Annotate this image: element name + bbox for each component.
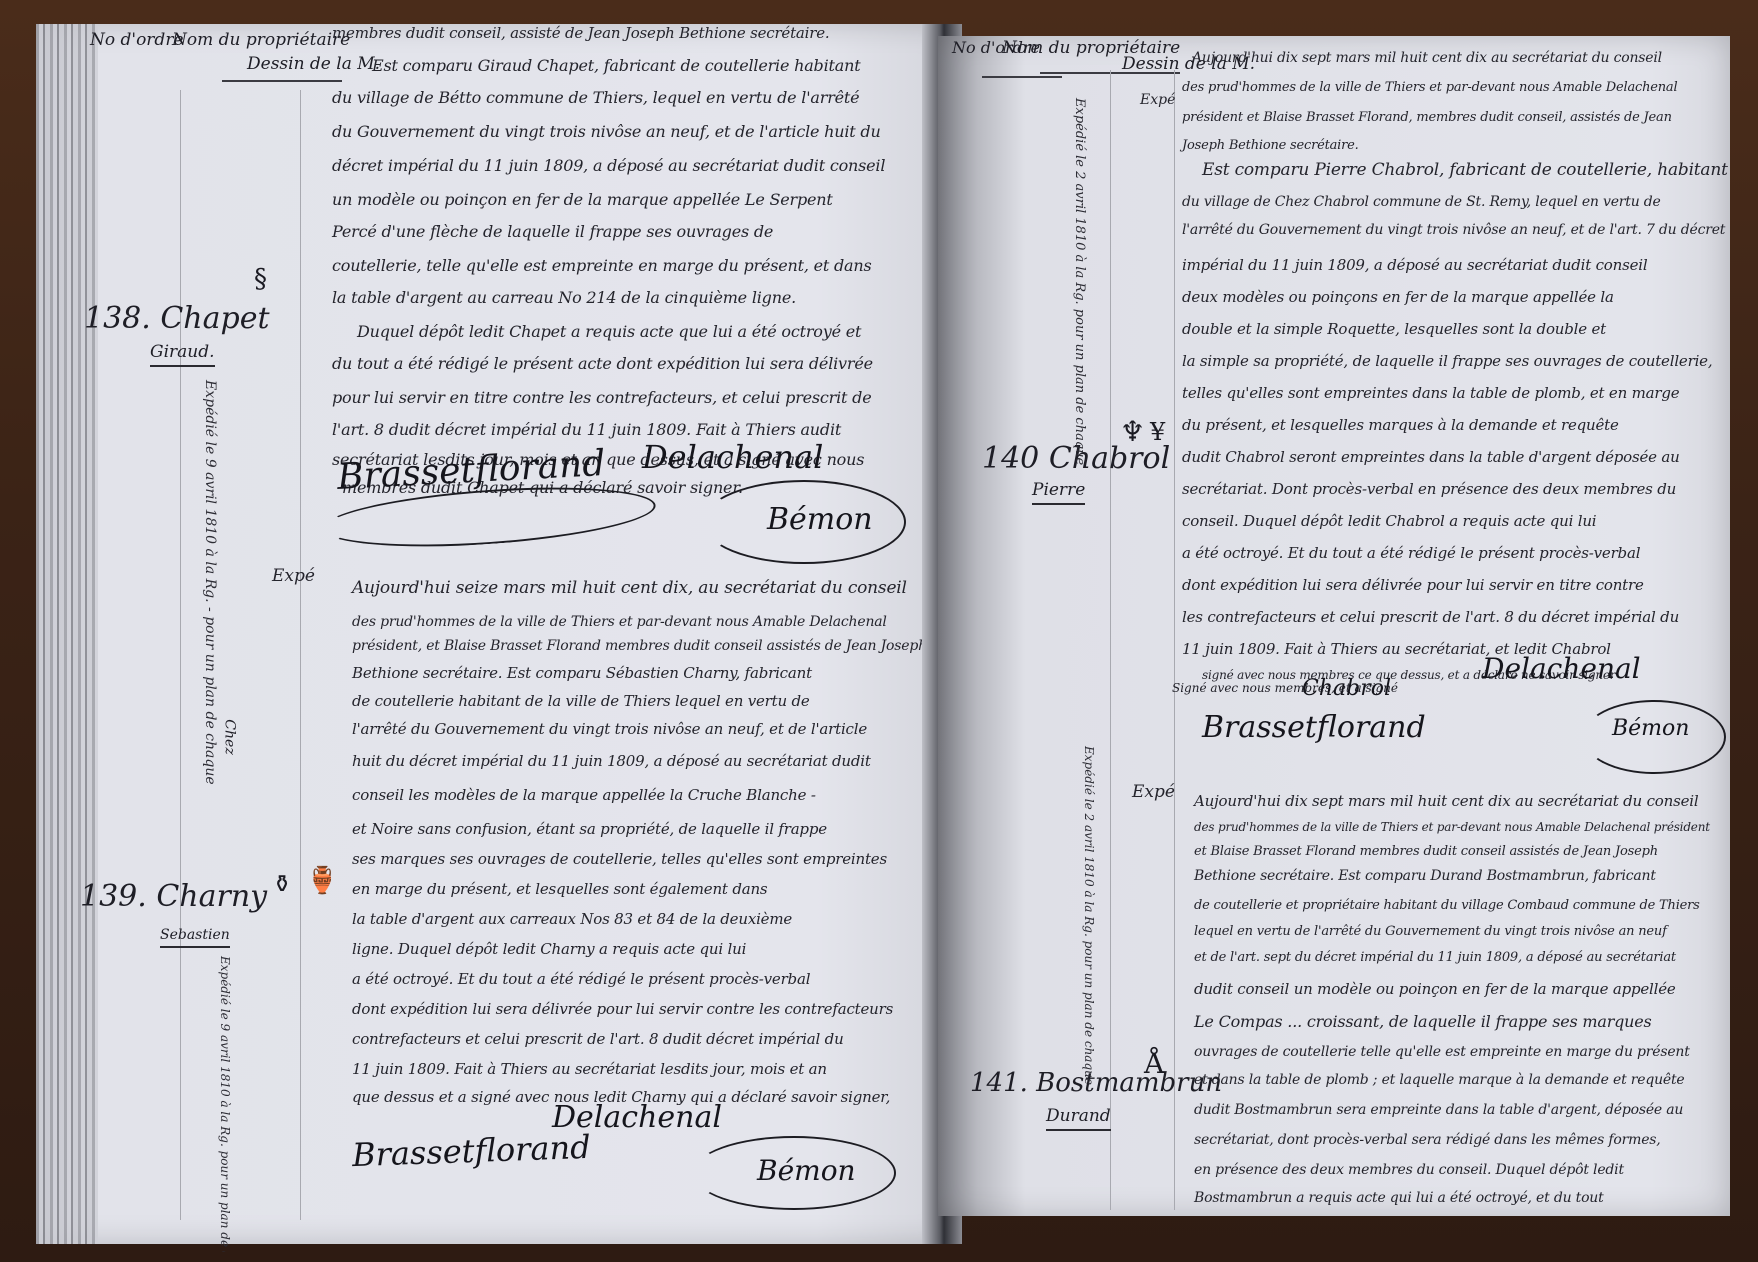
left-header-numero: No d'ordre bbox=[90, 32, 184, 49]
text-line: ouvrages de coutellerie telle qu'elle es… bbox=[1194, 1044, 1690, 1060]
signature-brassetflorand: Brassetflorand bbox=[1202, 710, 1426, 745]
expe-label: Expé bbox=[1140, 92, 1175, 108]
text-line: Bostmambrun a requis acte qui lui a été … bbox=[1194, 1190, 1604, 1206]
signature-flourish bbox=[692, 1136, 896, 1210]
ledger-photo: No d'ordre Nom du propriétaire Dessin de… bbox=[22, 10, 1740, 1252]
text-line: Est comparu Pierre Chabrol, fabricant de… bbox=[1202, 160, 1728, 180]
white-jug-mark-icon: ⚱ bbox=[272, 872, 292, 896]
entry-139-name: 139. Charny bbox=[80, 882, 267, 912]
text-line: de coutellerie et propriétaire habitant … bbox=[1194, 898, 1700, 913]
text-line: dont expédition lui sera délivrée pour l… bbox=[1182, 576, 1644, 594]
text-line: Aujourd'hui dix sept mars mil huit cent … bbox=[1192, 50, 1662, 66]
entry-141-forename: Durand bbox=[1046, 1108, 1111, 1131]
text-line: la simple sa propriété, de laquelle il f… bbox=[1182, 352, 1712, 370]
header-rule bbox=[1120, 72, 1180, 74]
entry-139-forename: Sebastien bbox=[160, 928, 230, 948]
text-line: lequel en vertu de l'arrêté du Gouvernem… bbox=[1194, 924, 1667, 939]
signature-delachenal: Delachenal bbox=[1482, 652, 1641, 685]
text-line: Bethione secrétaire. Est comparu Sébasti… bbox=[352, 664, 812, 682]
text-line: secrétariat. Dont procès-verbal en prése… bbox=[1182, 480, 1676, 498]
text-line: l'arrêté du Gouvernement du vingt trois … bbox=[1182, 222, 1725, 238]
text-line: Percé d'une flèche de laquelle il frappe… bbox=[332, 222, 773, 241]
text-line: un modèle ou poinçon en fer de la marque… bbox=[332, 190, 833, 209]
entry-number: 139. bbox=[80, 879, 147, 914]
compass-crescent-mark-icon: Å bbox=[1144, 1050, 1164, 1078]
text-line: en présence des deux membres du conseil.… bbox=[1194, 1162, 1624, 1178]
signature-delachenal: Delachenal bbox=[552, 1100, 722, 1135]
right-margin-rule bbox=[1110, 70, 1111, 1210]
double-roquette-mark-icon: ♆ bbox=[1120, 418, 1145, 446]
entry-140-forename: Pierre bbox=[1032, 482, 1085, 505]
text-line: membres dudit conseil, assisté de Jean J… bbox=[332, 24, 830, 42]
right-text-margin-rule bbox=[1174, 70, 1175, 1210]
left-header-nom: Nom du propriétaire bbox=[172, 32, 350, 49]
entry-138-forename: Giraud. bbox=[150, 344, 215, 367]
text-line: et Noire sans confusion, étant sa propri… bbox=[352, 820, 827, 838]
text-line: du village de Bétto commune de Thiers, l… bbox=[332, 88, 859, 107]
text-line: du village de Chez Chabrol commune de St… bbox=[1182, 194, 1661, 210]
text-line: la table d'argent aux carreaux Nos 83 et… bbox=[352, 910, 792, 928]
text-line: telles qu'elles sont empreintes dans la … bbox=[1182, 384, 1679, 402]
text-line: deux modèles ou poinçons en fer de la ma… bbox=[1182, 288, 1614, 306]
entry-surname: Charny bbox=[156, 879, 267, 914]
header-rule bbox=[982, 76, 1062, 78]
entry-number: 138. bbox=[84, 301, 151, 336]
entry-surname: Chapet bbox=[160, 301, 269, 336]
simple-roquette-mark-icon: ¥ bbox=[1150, 420, 1165, 444]
signature-flourish bbox=[702, 480, 906, 564]
text-line: ses marques ses ouvrages de coutellerie,… bbox=[352, 850, 887, 868]
entry-141-name: 141. Bostmambrun bbox=[970, 1070, 1222, 1096]
text-line: la table d'argent au carreau No 214 de l… bbox=[332, 288, 796, 307]
left-header-dessin: Dessin de la M. bbox=[247, 56, 380, 73]
text-line: 11 juin 1809. Fait à Thiers au secrétari… bbox=[352, 1060, 827, 1078]
text-line: Joseph Bethione secrétaire. bbox=[1182, 138, 1359, 153]
text-line: de coutellerie habitant de la ville de T… bbox=[352, 692, 810, 710]
text-line: en marge du présent, et lesquelles sont … bbox=[352, 880, 767, 898]
text-line: les contrefacteurs et celui prescrit de … bbox=[1182, 608, 1679, 626]
text-line: secrétariat, dont procès-verbal sera réd… bbox=[1194, 1132, 1661, 1148]
text-line: l'arrêté du Gouvernement du vingt trois … bbox=[352, 720, 867, 738]
text-line: dont expédition lui sera délivrée pour l… bbox=[352, 1000, 893, 1018]
left-name-column-rule bbox=[180, 90, 181, 1220]
text-line: et de l'art. sept du décret impérial du … bbox=[1194, 950, 1676, 965]
text-line: et Blaise Brasset Florand membres dudit … bbox=[1194, 844, 1658, 859]
signature-delachenal: Delachenal bbox=[642, 438, 823, 476]
text-line: a été octroyé. Et du tout a été rédigé l… bbox=[1182, 544, 1640, 562]
entry-139-margin-note: Expédié le 9 avril 1810 à la Rg. pour un… bbox=[218, 956, 232, 1176]
text-line: Le Compas ... croissant, de laquelle il … bbox=[1194, 1012, 1652, 1031]
entry-141-margin-note: Expédié le 2 avril 1810 à la Rg. pour un… bbox=[1082, 746, 1096, 1046]
left-binding-edge bbox=[36, 24, 98, 1244]
left-margin-rule bbox=[300, 90, 301, 1220]
text-line: des prud'hommes de la ville de Thiers et… bbox=[352, 614, 887, 630]
text-line: Aujourd'hui dix sept mars mil huit cent … bbox=[1194, 792, 1698, 810]
text-line: président, et Blaise Brasset Florand mem… bbox=[352, 638, 927, 654]
entry-surname: Bostmambrun bbox=[1036, 1068, 1222, 1098]
text-line: et dans la table de plomb ; et laquelle … bbox=[1194, 1072, 1685, 1088]
header-rule bbox=[222, 80, 342, 82]
text-line: dudit Chabrol seront empreintes dans la … bbox=[1182, 448, 1680, 466]
entry-surname: Chabrol bbox=[1049, 441, 1170, 476]
text-line: des prud'hommes de la ville de Thiers et… bbox=[1182, 80, 1677, 95]
text-line: conseil. Duquel dépôt ledit Chabrol a re… bbox=[1182, 512, 1596, 530]
black-jug-mark-icon: 🏺 bbox=[306, 868, 338, 894]
text-line: président et Blaise Brasset Florand, mem… bbox=[1182, 110, 1672, 125]
right-page bbox=[938, 36, 1730, 1216]
entry-138-name: 138. Chapet bbox=[84, 304, 270, 334]
text-line: coutellerie, telle qu'elle est empreinte… bbox=[332, 256, 871, 275]
text-line: décret impérial du 11 juin 1809, a dépos… bbox=[332, 156, 885, 175]
text-line: Bethione secrétaire. Est comparu Durand … bbox=[1194, 868, 1656, 884]
text-line: Est comparu Giraud Chapet, fabricant de … bbox=[372, 56, 860, 75]
entry-138-margin-initial: Chez bbox=[223, 719, 237, 754]
text-line: dudit Bostmambrun sera empreinte dans la… bbox=[1194, 1102, 1683, 1118]
text-line: Duquel dépôt ledit Chapet a requis acte … bbox=[357, 322, 861, 341]
entry-140-margin-note: Expédié le 2 avril 1810 à la Rg. pour un… bbox=[1072, 98, 1087, 398]
text-line: du présent, et lesquelles marques à la d… bbox=[1182, 416, 1619, 434]
text-line: l'art. 8 dudit décret impérial du 11 jui… bbox=[332, 420, 841, 439]
text-line: double et la simple Roquette, lesquelles… bbox=[1182, 320, 1606, 338]
text-line: conseil les modèles de la marque appellé… bbox=[352, 786, 816, 804]
text-line: du tout a été rédigé le présent acte don… bbox=[332, 354, 873, 373]
expe-label: Expé bbox=[1132, 782, 1175, 802]
serpent-arrow-mark-icon: § bbox=[254, 266, 267, 292]
text-line: impérial du 11 juin 1809, a déposé au se… bbox=[1182, 256, 1647, 274]
signature-flourish bbox=[1582, 700, 1726, 774]
text-line: Aujourd'hui seize mars mil huit cent dix… bbox=[352, 578, 907, 598]
text-line: ligne. Duquel dépôt ledit Charny a requi… bbox=[352, 940, 746, 958]
text-line: contrefacteurs et celui prescrit de l'ar… bbox=[352, 1030, 844, 1048]
expe-label: Expé bbox=[272, 566, 315, 586]
entry-138-margin-note: Expédié le 9 avril 1810 à la Rg. - pour … bbox=[202, 380, 218, 800]
entry-number: 141. bbox=[970, 1068, 1028, 1098]
header-rule bbox=[1040, 72, 1120, 74]
signature-chabrol: Chabrol bbox=[1302, 676, 1391, 701]
text-line: pour lui servir en titre contre les cont… bbox=[332, 388, 871, 407]
text-line: du Gouvernement du vingt trois nivôse an… bbox=[332, 122, 881, 141]
text-line: des prud'hommes de la ville de Thiers et… bbox=[1194, 820, 1710, 834]
text-line: a été octroyé. Et du tout a été rédigé l… bbox=[352, 970, 810, 988]
entry-number: 140 bbox=[982, 441, 1039, 476]
text-line: huit du décret impérial du 11 juin 1809,… bbox=[352, 752, 871, 770]
text-line: dudit conseil un modèle ou poinçon en fe… bbox=[1194, 980, 1676, 998]
